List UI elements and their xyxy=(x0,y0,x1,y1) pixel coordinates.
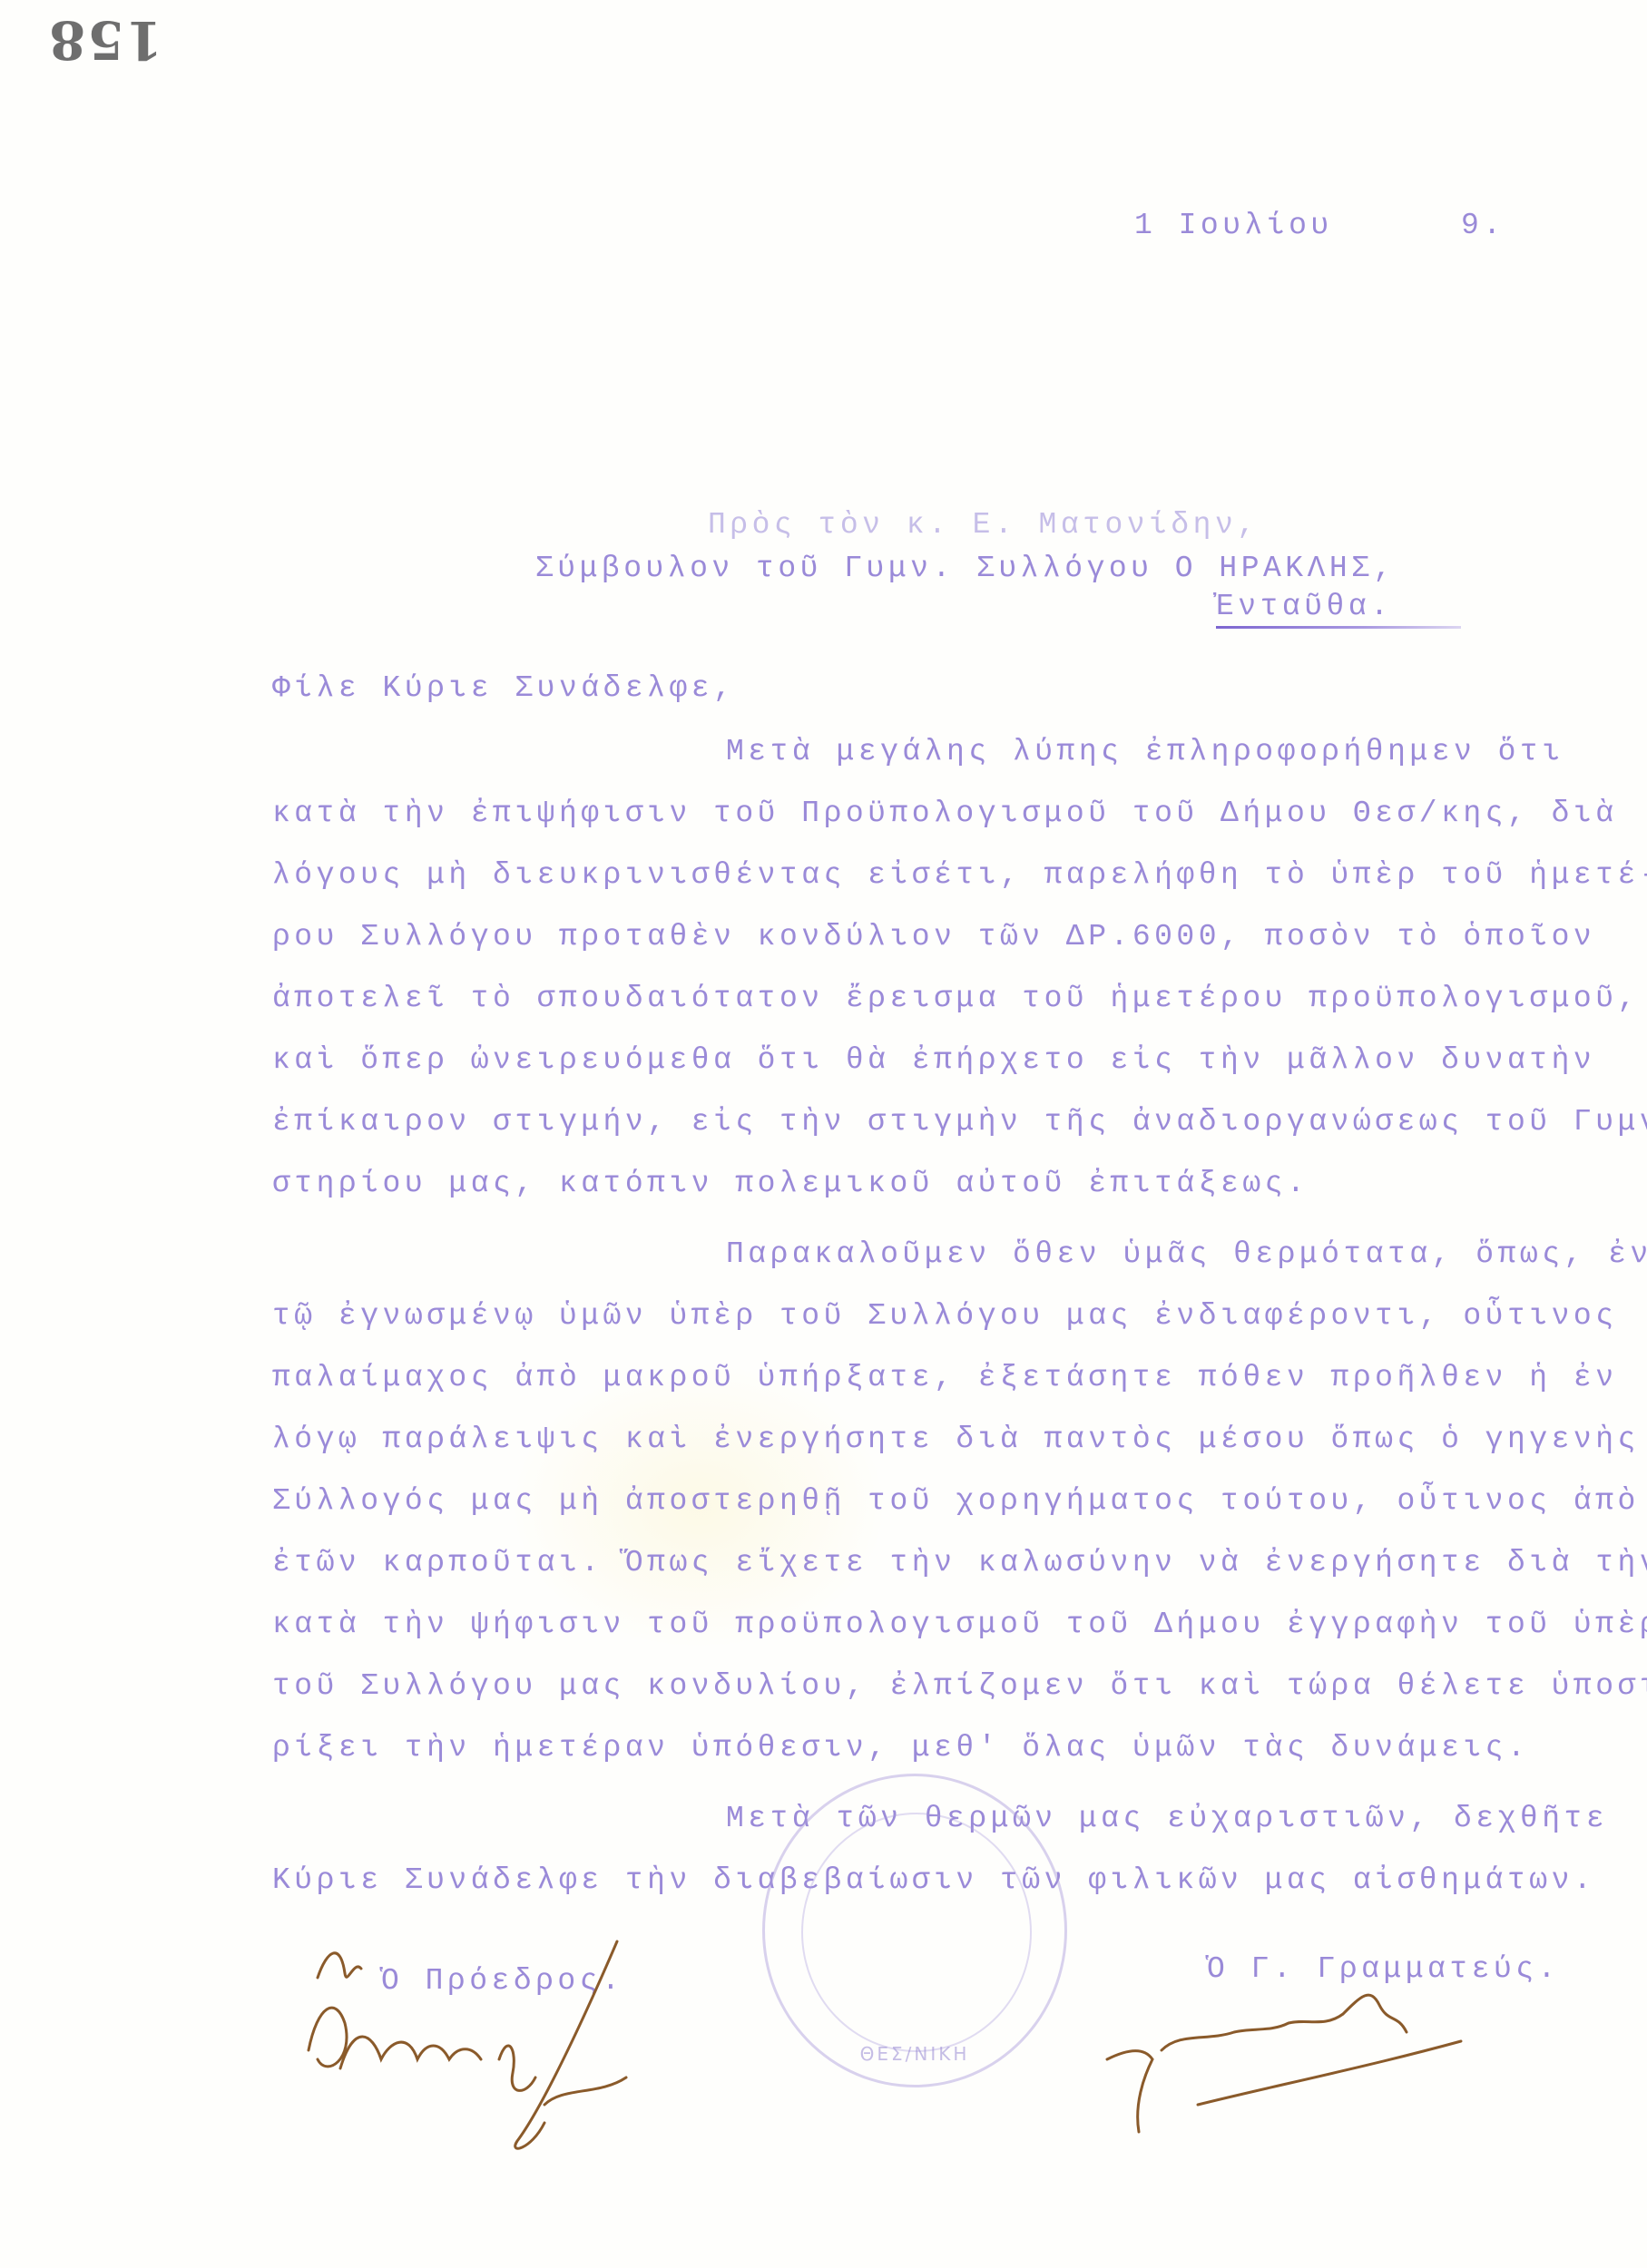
recipient-line-3: Ἐνταῦθα. xyxy=(1216,590,1392,623)
body-line: τῷ ἐγνωσμένῳ ὑμῶν ὑπὲρ τοῦ Συλλόγου μας … xyxy=(272,1299,1618,1333)
body-line: τοῦ Συλλόγου μας κονδυλίου, ἐλπίζομεν ὅτ… xyxy=(272,1669,1647,1703)
body-line: ἐτῶν καρποῦται. Ὅπως εἴχετε τὴν καλωσύνη… xyxy=(272,1546,1647,1579)
recipient-underline xyxy=(1216,626,1461,629)
body-line: λόγῳ παράλειψις καὶ ἐνεργήσητε διὰ παντὸ… xyxy=(272,1422,1640,1456)
date: 1 Ιουλίου xyxy=(1134,209,1333,242)
page-number: 158 xyxy=(47,9,162,71)
official-stamp: ΘΕΣ/ΝΙΚΗ xyxy=(762,1774,1067,2087)
stamp-inner-ring xyxy=(801,1813,1032,2052)
stamp-text: ΘΕΣ/ΝΙΚΗ xyxy=(765,2043,1064,2065)
body-line: καὶ ὅπερ ὠνειρευόμεθα ὅτι θὰ ἐπήρχετο εἰ… xyxy=(272,1043,1595,1077)
recipient-line-1: Πρὸς τὸν κ. Ε. Ματονίδην, xyxy=(708,508,1260,542)
body-line: ρου Συλλόγου προταθὲν κονδύλιον τῶν ΔΡ.6… xyxy=(272,920,1595,953)
body-line: ρίξει τὴν ἡμετέραν ὑπόθεσιν, μεθ' ὅλας ὑ… xyxy=(272,1731,1529,1765)
body-line: ἐπίκαιρον στιγμήν, εἰς τὴν στιγμὴν τῆς ἀ… xyxy=(272,1105,1647,1139)
body-line: παλαίμαχος ἀπὸ μακροῦ ὑπήρξατε, ἐξετάσητ… xyxy=(272,1361,1618,1394)
date-year: 9. xyxy=(1461,209,1505,242)
body-line: Σύλλογός μας μὴ ἀποστερηθῇ τοῦ χορηγήματ… xyxy=(272,1484,1640,1518)
recipient-line-2: Σύμβουλον τοῦ Γυμν. Συλλόγου Ο ΗΡΑΚΛΗΣ, xyxy=(535,552,1396,585)
closing-secretary: Ὁ Γ. Γραμματεύς. xyxy=(1207,1952,1560,1986)
body-line: ἀποτελεῖ τὸ σπουδαιότατον ἔρεισμα τοῦ ἡμ… xyxy=(272,982,1640,1015)
president-signature xyxy=(290,1923,762,2159)
body-line: Παρακαλοῦμεν ὅθεν ὑμᾶς θερμότατα, ὅπως, … xyxy=(726,1237,1647,1271)
body-line: στηρίου μας, κατόπιν πολεμικοῦ αὐτοῦ ἐπι… xyxy=(272,1167,1309,1200)
body-line: λόγους μὴ διευκρινισθέντας εἰσέτι, παρελ… xyxy=(272,858,1647,892)
salutation: Φίλε Κύριε Συνάδελφε, xyxy=(272,671,735,705)
body-line: κατὰ τὴν ἐπιψήφισιν τοῦ Προϋπολογισμοῦ τ… xyxy=(272,797,1618,830)
closing-president: Ὁ Πρόεδρος. xyxy=(381,1964,623,1998)
secretary-signature xyxy=(1089,1978,1524,2159)
body-line: κατὰ τὴν ψήφισιν τοῦ προϋπολογισμοῦ τοῦ … xyxy=(272,1608,1647,1641)
body-line: Μετὰ μεγάλης λύπης ἐπληροφορήθημεν ὅτι xyxy=(726,735,1564,768)
